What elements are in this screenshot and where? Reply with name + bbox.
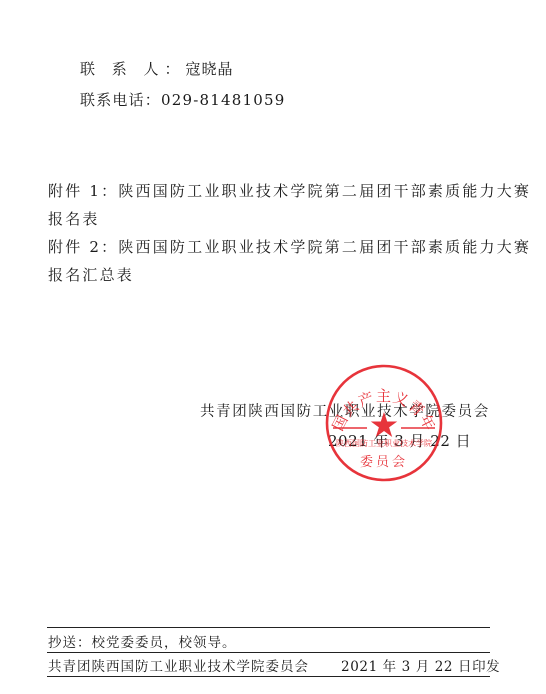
- attachment-2-prefix: 附件 2：: [48, 238, 118, 256]
- attachment-1-continued: 报名表: [48, 208, 100, 229]
- footer-issuer: 共青团陕西国防工业职业技术学院委员会: [48, 655, 309, 675]
- footer-cc: 抄送：校党委委员，校领导。: [48, 631, 237, 651]
- contact-person-label: 联 系 人：: [80, 60, 186, 78]
- official-seal-icon: 中国共产主义青年团 陕西国防工业职业技术学院 委员会: [323, 362, 445, 484]
- footer-divider-top: [47, 627, 490, 628]
- attachment-1: 附件 1：陕西国防工业职业技术学院第二届团干部素质能力大赛: [48, 180, 531, 201]
- footer-issue-date: 2021 年 3 月 22 日印发: [341, 655, 500, 675]
- contact-phone-value: 029-81481059: [161, 91, 285, 109]
- contact-person-value: 寇晓晶: [186, 60, 234, 78]
- contact-phone-label: 联系电话：: [80, 91, 161, 109]
- attachment-1-title: 陕西国防工业职业技术学院第二届团干部素质能力大赛: [118, 182, 531, 200]
- attachment-1-prefix: 附件 1：: [48, 182, 118, 200]
- seal-bottom-text: 陕西国防工业职业技术学院: [336, 438, 432, 448]
- attachment-2-title: 陕西国防工业职业技术学院第二届团干部素质能力大赛: [118, 238, 531, 256]
- contact-person-line: 联 系 人：寇晓晶: [80, 58, 234, 79]
- contact-phone-line: 联系电话：029-81481059: [80, 89, 285, 110]
- footer-divider-bottom: [47, 676, 490, 677]
- footer-divider-middle: [47, 652, 490, 653]
- attachment-2-continued: 报名汇总表: [48, 264, 134, 285]
- attachment-2: 附件 2：陕西国防工业职业技术学院第二届团干部素质能力大赛: [48, 236, 531, 257]
- seal-center-text: 委员会: [360, 455, 408, 470]
